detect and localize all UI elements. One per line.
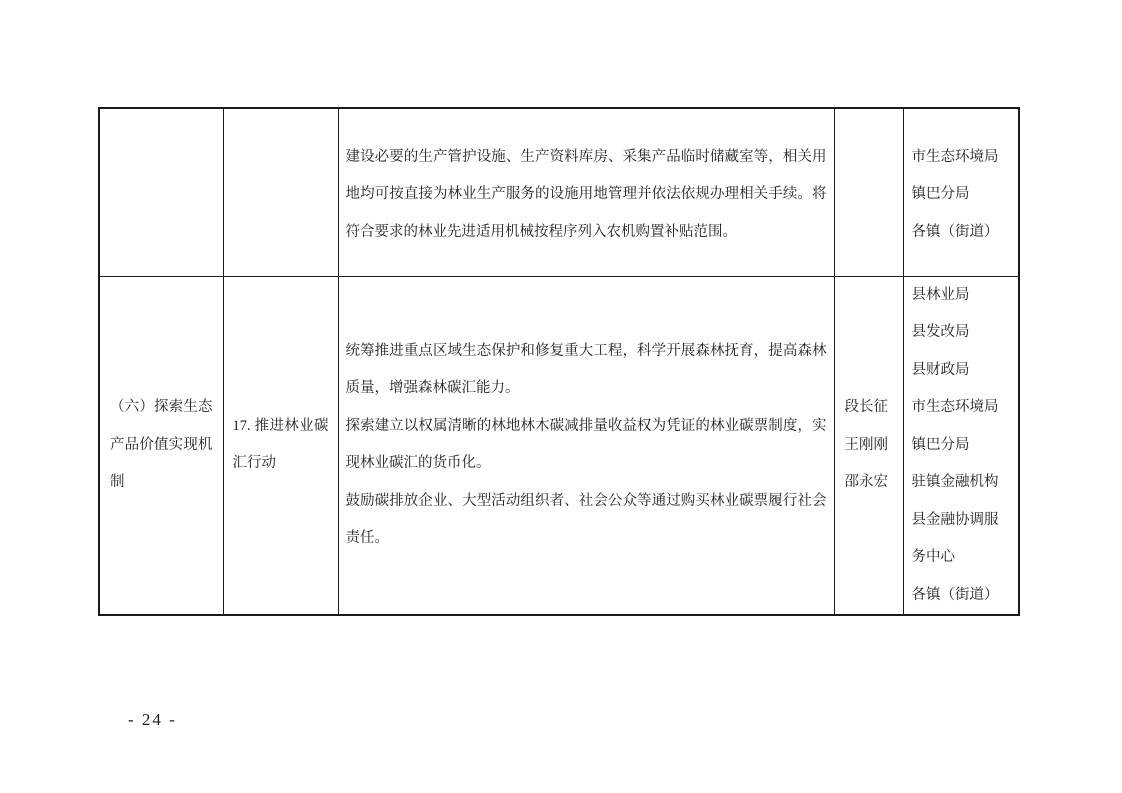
table-row: （六）探索生态产品价值实现机制 17. 推进林业碳汇行动 统筹推进重点区域生态保… [99, 276, 1019, 615]
leader-name: 王刚刚 [845, 427, 893, 465]
units-cell: 县林业局 县发改局 县财政局 市生态环境局 镇巴分局 驻镇金融机构 县金融协调服… [903, 276, 1019, 615]
action-cell: 17. 推进林业碳汇行动 [223, 276, 338, 615]
unit-item: 镇巴分局 [912, 176, 1011, 214]
leaders-cell: 段长征 王刚刚 邵永宏 [834, 276, 903, 615]
unit-item: 各镇（街道） [912, 577, 1011, 615]
unit-item: 市生态环境局 [912, 139, 1011, 177]
unit-item: 驻镇金融机构 [912, 464, 1011, 502]
document-page: 建设必要的生产管护设施、生产资料库房、采集产品临时储藏室等，相关用地均可按直接为… [0, 0, 1122, 793]
measure-paragraph: 统筹推进重点区域生态保护和修复重大工程，科学开展森林抚育，提高森林质量，增强森林… [346, 333, 827, 408]
category-text: （六）探索生态产品价值实现机制 [110, 389, 213, 502]
category-cell: （六）探索生态产品价值实现机制 [99, 276, 223, 615]
action-cell-empty [223, 108, 338, 276]
page-number: - 24 - [128, 710, 177, 730]
unit-item: 市生态环境局 [912, 389, 1011, 427]
unit-item: 县财政局 [912, 352, 1011, 390]
measure-paragraph: 探索建立以权属清晰的林地林木碳减排量收益权为凭证的林业碳票制度，实现林业碳汇的货… [346, 408, 827, 483]
leader-name: 段长征 [845, 389, 893, 427]
leader-name: 邵永宏 [845, 464, 893, 502]
units-cell: 市生态环境局 镇巴分局 各镇（街道） [903, 108, 1019, 276]
measures-cell: 建设必要的生产管护设施、生产资料库房、采集产品临时储藏室等，相关用地均可按直接为… [338, 108, 834, 276]
unit-item: 县发改局 [912, 314, 1011, 352]
measure-paragraph: 鼓励碳排放企业、大型活动组织者、社会公众等通过购买林业碳票履行社会责任。 [346, 483, 827, 558]
unit-item: 镇巴分局 [912, 427, 1011, 465]
measures-cell: 统筹推进重点区域生态保护和修复重大工程，科学开展森林抚育，提高森林质量，增强森林… [338, 276, 834, 615]
action-text: 17. 推进林业碳汇行动 [233, 408, 329, 483]
leaders-cell-empty [834, 108, 903, 276]
table-row-continuation: 建设必要的生产管护设施、生产资料库房、采集产品临时储藏室等，相关用地均可按直接为… [99, 108, 1019, 276]
unit-item: 县金融协调服务中心 [912, 502, 1011, 577]
measure-paragraph: 建设必要的生产管护设施、生产资料库房、采集产品临时储藏室等，相关用地均可按直接为… [346, 139, 827, 252]
category-cell-empty [99, 108, 223, 276]
action-plan-table: 建设必要的生产管护设施、生产资料库房、采集产品临时储藏室等，相关用地均可按直接为… [98, 107, 1020, 616]
unit-item: 各镇（街道） [912, 214, 1011, 252]
unit-item: 县林业局 [912, 277, 1011, 315]
